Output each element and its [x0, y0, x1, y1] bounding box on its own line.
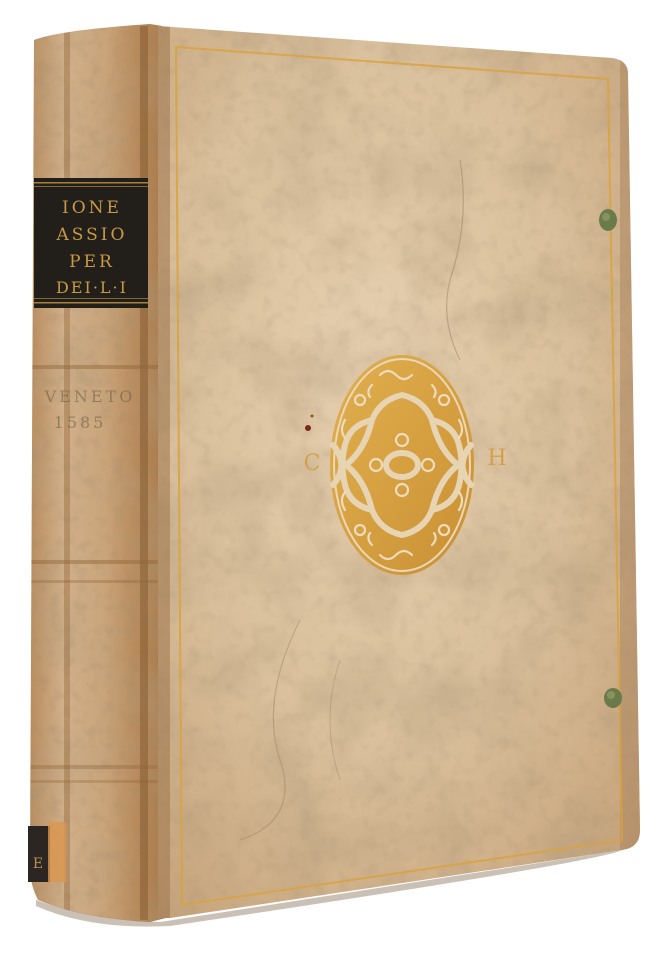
- front-cover: C H: [150, 20, 650, 930]
- upper-tie: [599, 209, 617, 231]
- spine-tail-letter: E: [33, 856, 43, 872]
- gilt-oval-centerpiece: [330, 355, 474, 575]
- stain: [305, 425, 311, 431]
- spine-label-line-2: ASSIO: [56, 225, 128, 245]
- spine-panel-line-2: 1585: [54, 413, 107, 432]
- lower-tie: [604, 688, 622, 708]
- book-illustration: IONE ASSIO PER DEI·L·I VENETO 1585 E: [0, 0, 670, 955]
- spine-panel-line-1: VENETO: [44, 387, 136, 406]
- spine-tail-label: E: [28, 822, 66, 882]
- spine-title-label: IONE ASSIO PER DEI·L·I: [34, 178, 148, 308]
- stain: [311, 415, 314, 418]
- initial-right: H: [487, 446, 506, 471]
- book-photo: IONE ASSIO PER DEI·L·I VENETO 1585 E: [0, 0, 670, 955]
- spine-label-line-4: DEI·L·I: [56, 278, 128, 297]
- initial-left: C: [304, 451, 321, 476]
- spine: IONE ASSIO PER DEI·L·I VENETO 1585 E: [20, 20, 180, 930]
- spine-label-line-1: IONE: [62, 198, 122, 218]
- spine-label-line-3: PER: [69, 252, 115, 272]
